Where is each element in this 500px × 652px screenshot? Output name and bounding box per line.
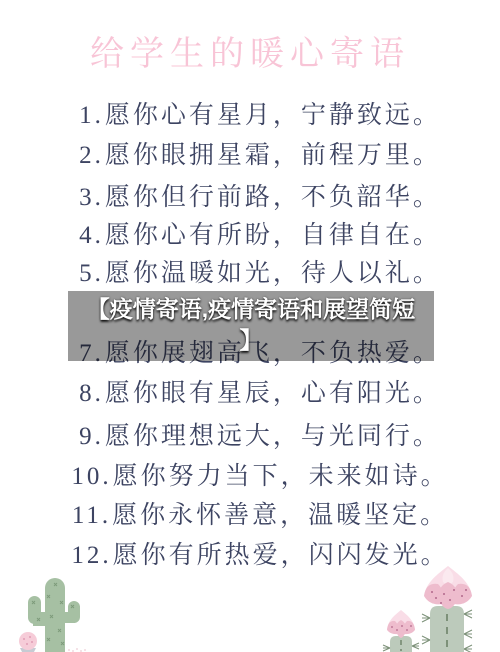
list-item-number: 10. [71,463,111,490]
pink-flower-bud [387,610,415,638]
list-item-number: 5. [79,260,104,287]
page-title: 给学生的暖心寄语 [0,26,500,75]
list-item: 2.愿你眼拥星霜，前程万里。 [28,135,492,169]
list-item: 5.愿你温暖如光，待人以礼。 [28,253,492,287]
list-item: 11.愿你永怀善意，温暖坚定。 [28,495,492,529]
list-item-text: 愿你但行前路，不负韶华。 [105,184,441,211]
ground-speckles [68,648,86,652]
list-item-text: 愿你眼拥星霜，前程万里。 [105,142,441,169]
list-item-text: 愿你心有星月，宁静致远。 [105,102,441,129]
list-item-number: 2. [79,142,104,169]
pink-flower-ball [19,632,37,650]
watermark-caption-overlay: 【疫情寄语,疫情寄语和展望简短 】 [68,291,434,361]
list-item-number: 1. [79,102,104,129]
watermark-caption-line1: 【疫情寄语,疫情寄语和展望简短 [68,294,434,324]
list-item: 10.愿你努力当下，未来如诗。 [28,456,492,490]
list-item-number: 4. [79,222,104,249]
watermark-caption-line2: 】 [68,324,434,356]
list-item-number: 9. [79,423,104,450]
right-cacti-illustration [378,552,500,652]
list-item: 3.愿你但行前路，不负韶华。 [28,177,492,211]
list-item: 8.愿你眼有星辰，心有阳光。 [28,373,492,407]
poster-page: 给学生的暖心寄语 1.愿你心有星月，宁静致远。 2.愿你眼拥星霜，前程万里。 3… [0,0,500,652]
list-item-number: 12. [71,542,111,569]
list-item-text: 愿你眼有星辰，心有阳光。 [105,380,441,407]
list-item-text: 愿你温暖如光，待人以礼。 [105,260,441,287]
list-item-number: 11. [72,502,111,529]
pink-flower-bud [424,566,472,609]
list-item: 9.愿你理想远大，与光同行。 [28,416,492,450]
list-item-number: 8. [79,380,104,407]
list-item-text: 愿你努力当下，未来如诗。 [113,463,449,490]
saguaro-cactus-icon [19,578,86,652]
list-item-text: 愿你永怀善意，温暖坚定。 [112,502,448,529]
left-cactus-illustration [15,572,105,652]
short-flowering-cactus-icon [383,610,419,652]
list-item: 1.愿你心有星月，宁静致远。 [28,95,492,129]
list-item-text: 愿你理想远大，与光同行。 [105,423,441,450]
tall-flowering-cactus-icon [422,566,472,652]
list-item-text: 愿你心有所盼，自律自在。 [105,222,441,249]
list-item: 4.愿你心有所盼，自律自在。 [28,215,492,249]
list-item-number: 3. [79,184,104,211]
